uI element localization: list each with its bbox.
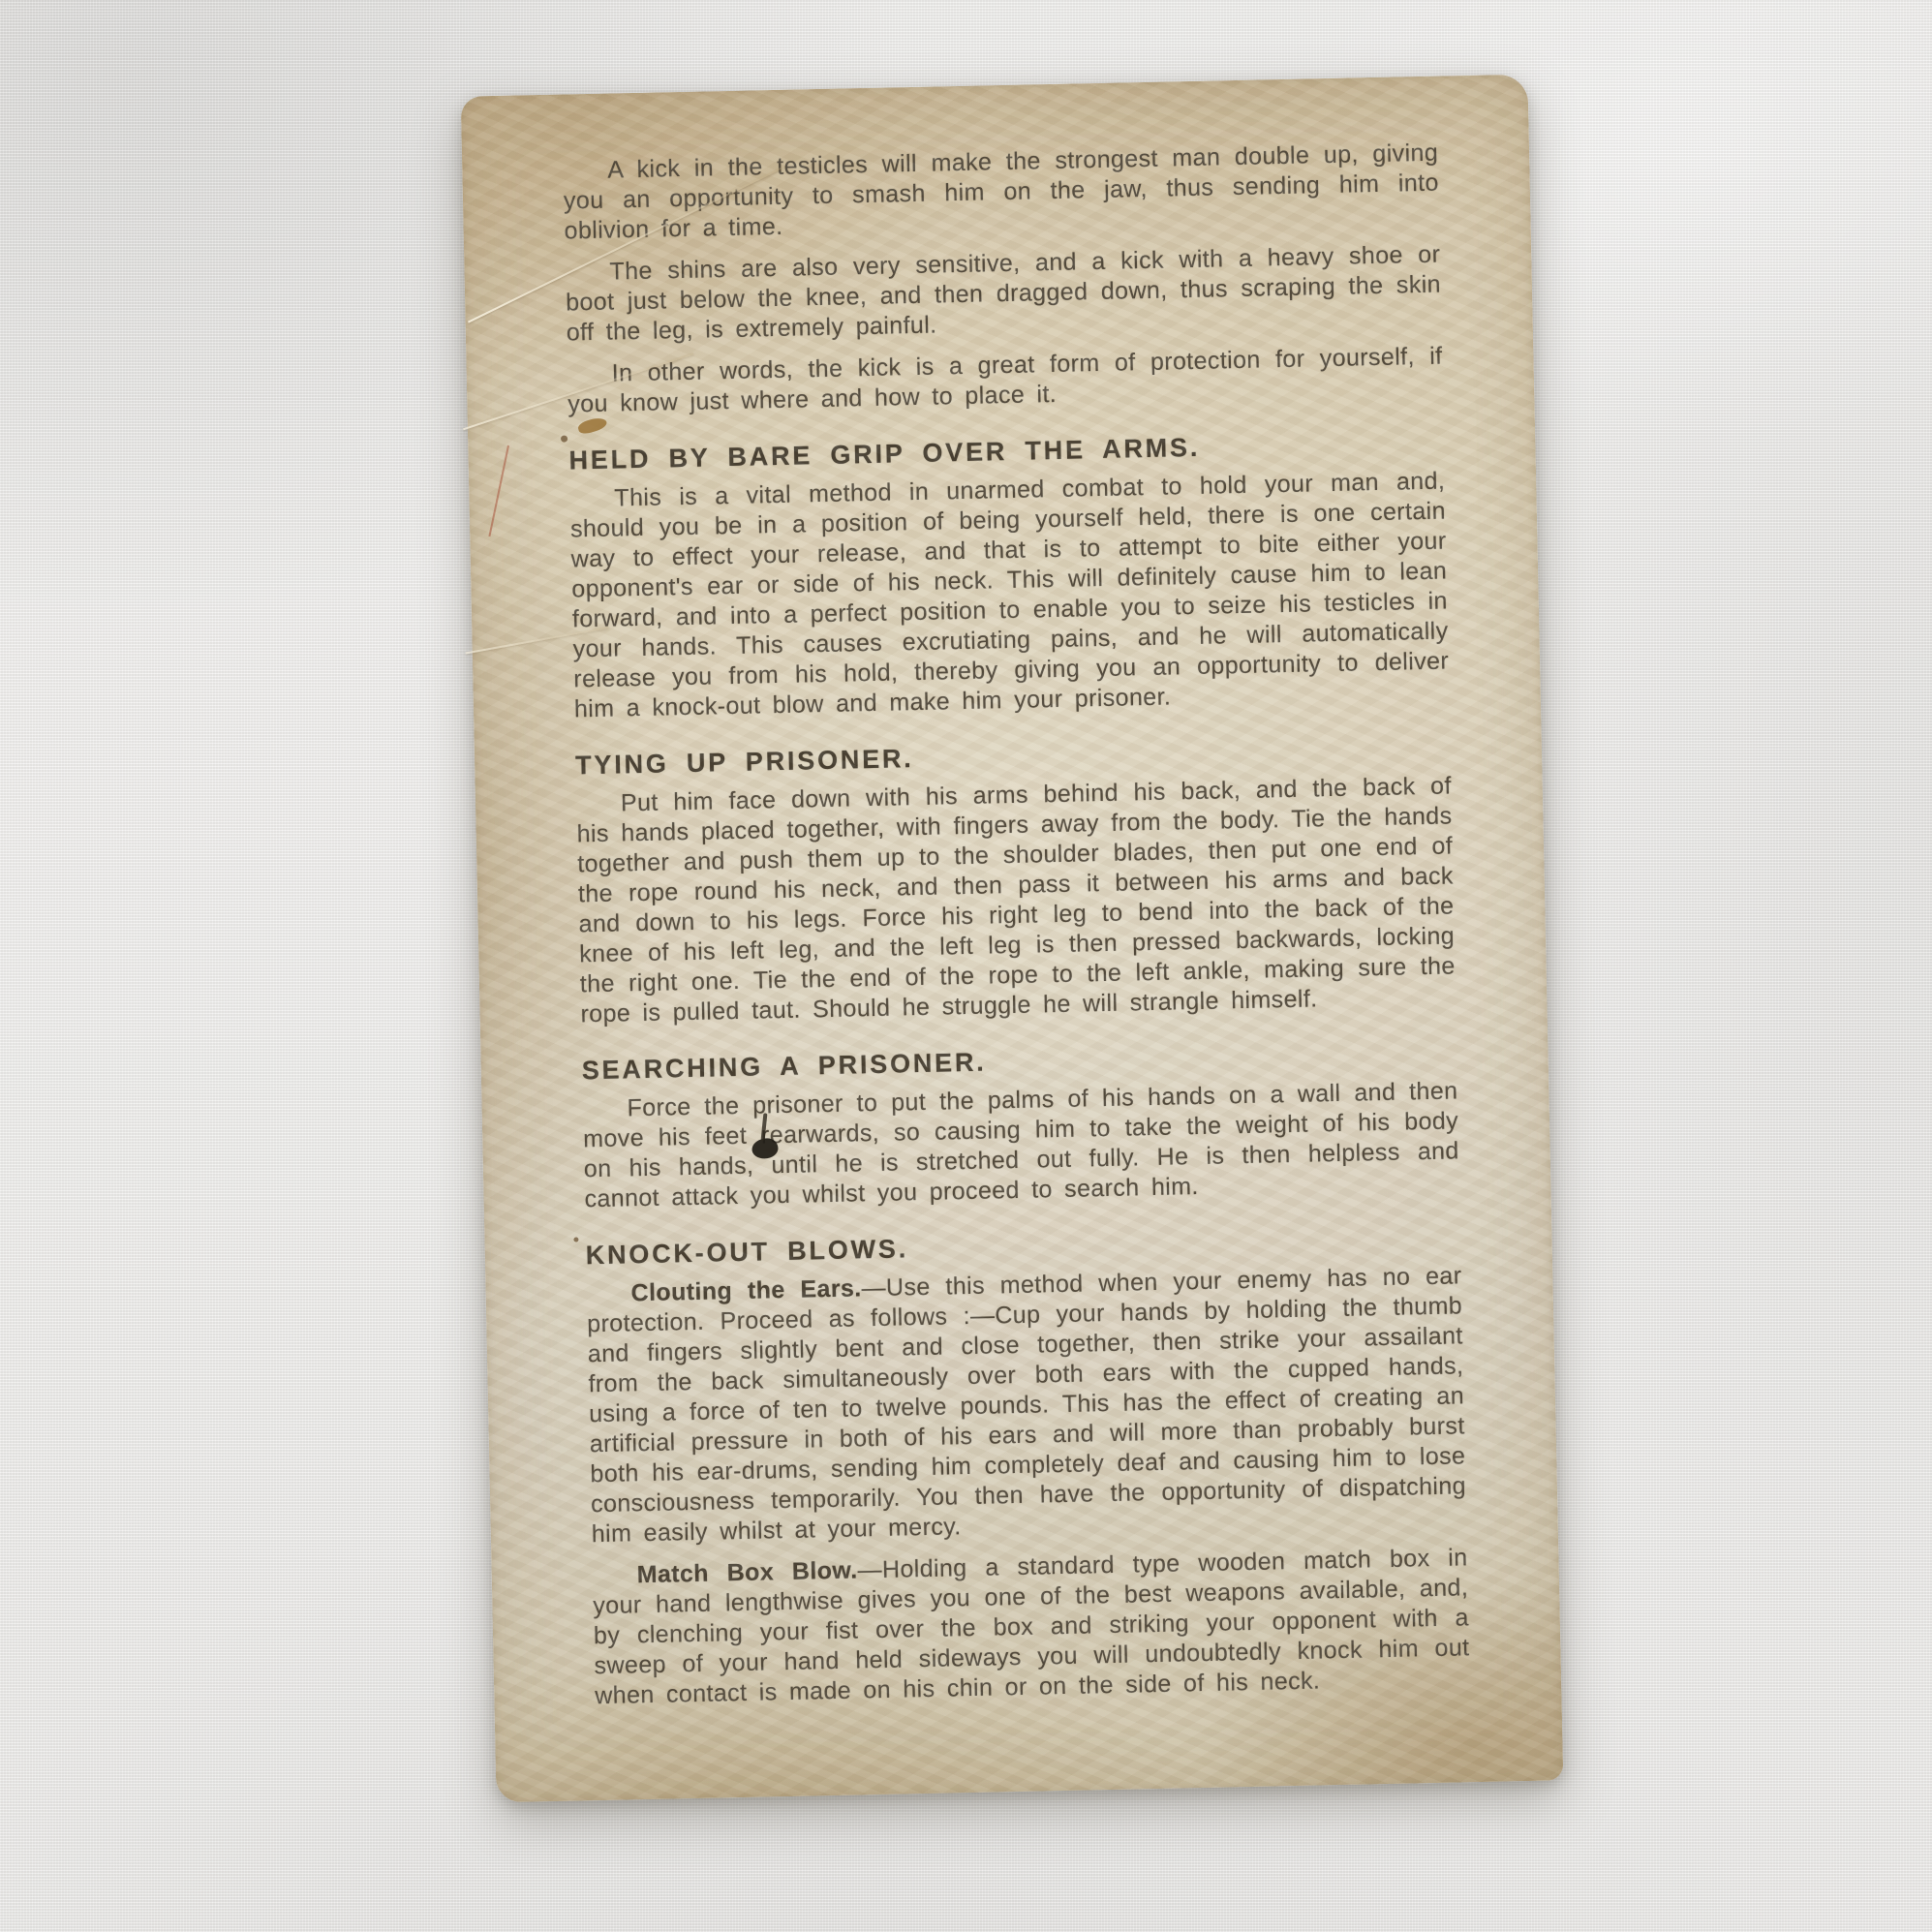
ink-speck (573, 1237, 578, 1242)
paragraph-text: Force the prisoner to put the palms of h… (583, 1077, 1459, 1212)
paragraph-text: A kick in the testicles will make the st… (564, 139, 1439, 245)
photo-background: A kick in the testicles will make the st… (0, 0, 1932, 1932)
paragraph-shins: The shins are also very sensitive, and a… (565, 240, 1442, 349)
paragraph-kick-protection: In other words, the kick is a great form… (567, 342, 1443, 420)
ink-speck (561, 435, 567, 442)
paragraph-tying-up-prisoner: Put him face down with his arms behind h… (576, 771, 1457, 1029)
paragraph-kick-testicles: A kick in the testicles will make the st… (563, 138, 1440, 247)
paragraph-text: This is a vital method in unarmed combat… (570, 468, 1450, 723)
paragraph-held-by-bare-grip: This is a vital method in unarmed combat… (569, 467, 1450, 725)
paragraph-text: In other words, the kick is a great form… (567, 343, 1443, 418)
paper-scratch (488, 445, 509, 537)
document-page: A kick in the testicles will make the st… (461, 75, 1564, 1803)
paragraph-searching-a-prisoner: Force the prisoner to put the palms of h… (582, 1076, 1459, 1214)
paragraph-clouting-the-ears: Clouting the Ears.—Use this method when … (586, 1261, 1467, 1549)
paragraph-lead-clouting-the-ears: Clouting the Ears. (630, 1274, 862, 1306)
paragraph-text: —Use this method when your enemy has no … (587, 1262, 1466, 1548)
paragraph-text: Put him face down with his arms behind h… (576, 772, 1456, 1027)
paragraph-text: The shins are also very sensitive, and a… (566, 241, 1441, 347)
paragraph-lead-match-box-blow: Match Box Blow. (636, 1556, 858, 1588)
paragraph-match-box-blow: Match Box Blow.—Holding a standard type … (592, 1543, 1470, 1711)
